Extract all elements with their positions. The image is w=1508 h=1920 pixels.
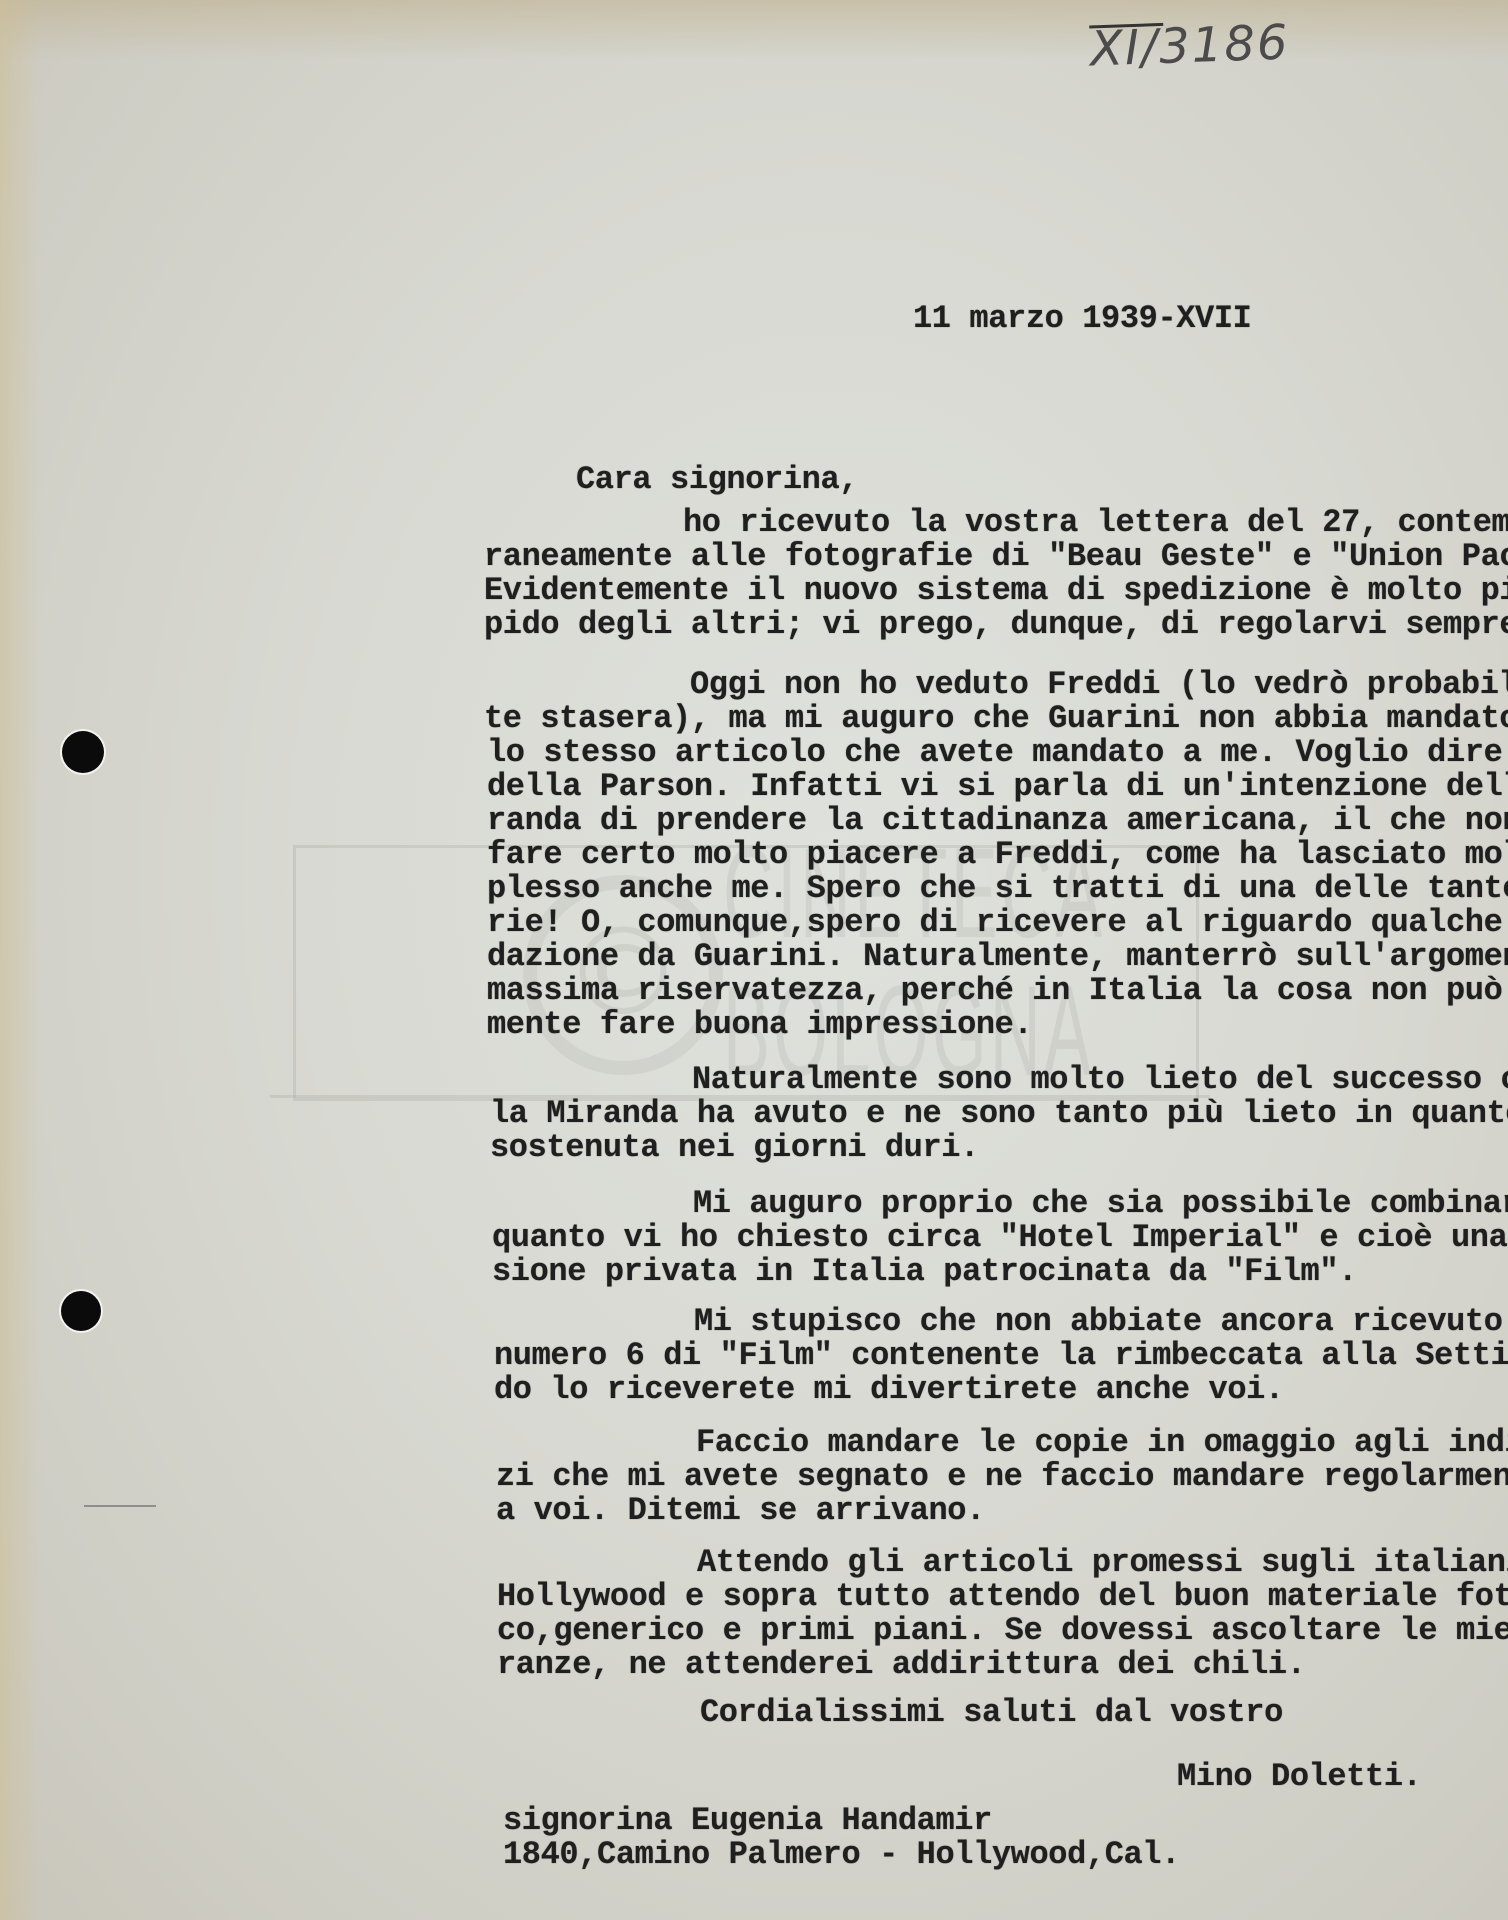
recipient-name: signorina Eugenia Handamir [503,1804,992,1838]
punch-hole-icon [62,731,104,773]
paragraph-line: ranze, ne attenderei addirittura dei chi… [497,1648,1306,1682]
paragraph-line: lo stesso articolo che avete mandato a m… [487,736,1508,770]
paragraph-line: do lo riceverete mi divertirete anche vo… [494,1373,1284,1407]
salutation: Cara signorina, [576,463,858,497]
paragraph-line: della Parson. Infatti vi si parla di un'… [487,770,1508,804]
paragraph-line: Hollywood e sopra tutto attendo del buon… [497,1580,1508,1614]
paragraph-line: Naturalmente sono molto lieto del succes… [692,1063,1508,1097]
paragraph-line: numero 6 di "Film" contenente la rimbecc… [494,1339,1508,1373]
paragraph-line: rie! O, comunque,spero di ricevere al ri… [487,906,1508,940]
paragraph-line: randa di prendere la cittadinanza americ… [487,804,1508,838]
signature: Mino Doletti. [1177,1760,1421,1794]
paragraph-line: Evidentemente il nuovo sistema di spediz… [484,574,1508,608]
paragraph-line: quanto vi ho chiesto circa "Hotel Imperi… [492,1221,1508,1255]
punch-hole-icon [61,1291,101,1331]
paragraph-line: Mi stupisco che non abbiate ancora ricev… [694,1305,1508,1339]
paragraph-line: pido degli altri; vi prego, dunque, di r… [484,608,1508,642]
paragraph-line: sione privata in Italia patrocinata da "… [492,1255,1357,1289]
archive-reference: XI/3186 [1089,15,1290,78]
closing: Cordialissimi saluti dal vostro [700,1696,1283,1730]
paragraph-line: ho ricevuto la vostra lettera del 27, co… [683,506,1508,540]
paragraph-line: massima riservatezza, perché in Italia l… [487,974,1508,1008]
paragraph-line: fare certo molto piacere a Freddi, come … [487,838,1508,872]
paragraph-line: Attendo gli articoli promessi sugli ital… [697,1546,1508,1580]
paragraph-line: zi che mi avete segnato e ne faccio mand… [496,1460,1508,1494]
paragraph-line: sostenuta nei giorni duri. [490,1131,979,1165]
recipient-address: 1840,Camino Palmero - Hollywood,Cal. [503,1838,1180,1872]
paragraph-line: mente fare buona impressione. [487,1008,1032,1042]
paragraph-line: te stasera), ma mi auguro che Guarini no… [484,702,1508,736]
pencil-mark [84,1505,156,1507]
paragraph-line: dazione da Guarini. Naturalmente, manter… [487,940,1508,974]
paragraph-line: a voi. Ditemi se arrivano. [496,1494,985,1528]
paragraph-line: Oggi non ho veduto Freddi (lo vedrò prob… [690,668,1508,702]
paragraph-line: raneamente alle fotografie di "Beau Gest… [484,540,1508,574]
paragraph-line: co,generico e primi piani. Se dovessi as… [497,1614,1508,1648]
paragraph-line: Faccio mandare le copie in omaggio agli … [696,1426,1508,1460]
letter-date: 11 marzo 1939-XVII [913,302,1251,336]
paragraph-line: la Miranda ha avuto e ne sono tanto più … [490,1097,1508,1131]
paragraph-line: Mi auguro proprio che sia possibile comb… [693,1187,1508,1221]
letter-page: © CINETECA BOLOGNA XI/3186 11 marzo 1939… [0,0,1508,1920]
paragraph-line: plesso anche me. Spero che si tratti di … [487,872,1508,906]
